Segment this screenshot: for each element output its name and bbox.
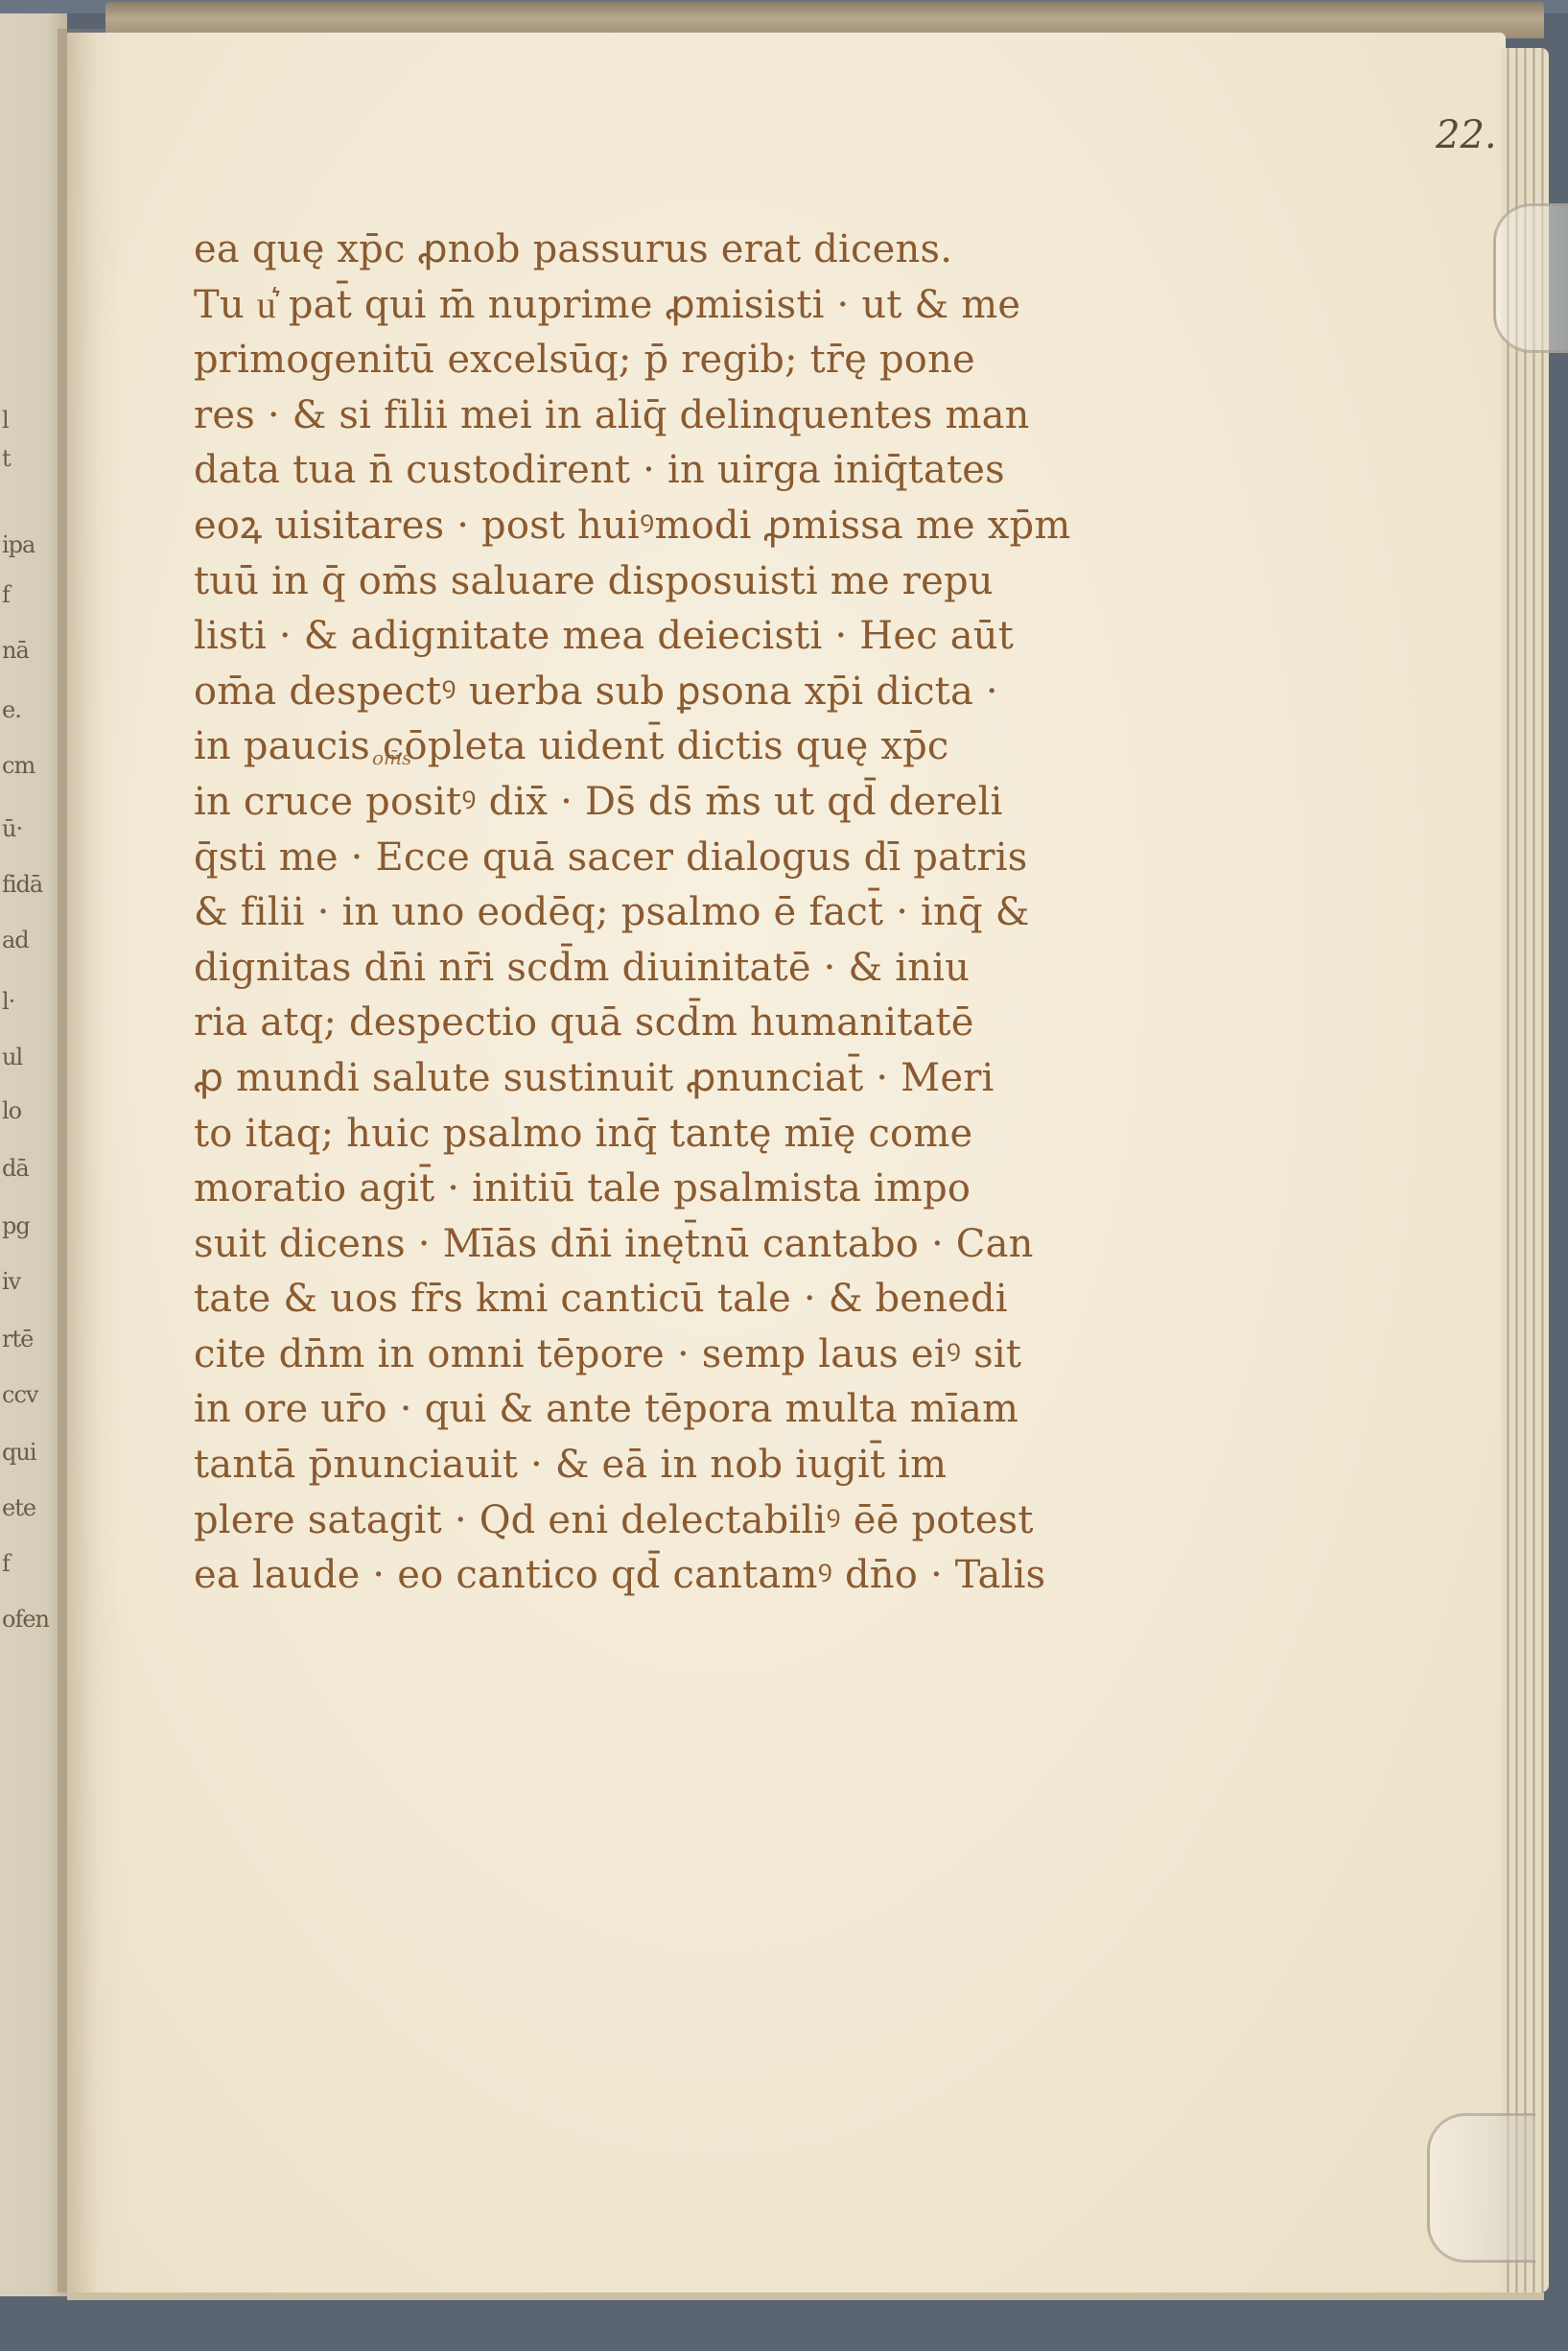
folio-number: 22. <box>1436 113 1497 157</box>
text-line: listi · & adignitate mea deiecisti · Hec… <box>194 609 1268 665</box>
text-line: in paucis cōpleta uident̄ dictis quę xp̄… <box>194 719 1268 775</box>
text-line: ria atq; despectio quā scd̄m humanitatē <box>194 996 1268 1051</box>
facing-text-fragment: nā <box>2 637 61 664</box>
facing-text-fragment: fidā <box>2 871 61 898</box>
text-line: tuū in q̄ om̄s saluare disposuisti me re… <box>194 554 1268 610</box>
text-line: data tua n̄ custodirent · in uirga iniq̄… <box>194 443 1268 499</box>
facing-text-fragment: pg <box>2 1212 61 1239</box>
facing-text-fragment: cm <box>2 752 61 779</box>
text-line: in cruce positꝰ dix̄ · Ds̄ ds̄ m̄s ut qd… <box>194 775 1268 831</box>
facing-text-fragment: l· <box>2 988 61 1015</box>
text-line: q̄sti me · Ecce quā sacer dialogus dī pa… <box>194 831 1268 886</box>
text-line: om̄a despectꝰ uerba sub ꝑsona xp̄i dicta… <box>194 665 1268 720</box>
page-fore-edge <box>1501 48 1549 2292</box>
facing-text-fragment: ad <box>2 927 61 953</box>
text-line: tate & uos fr̄s kmi canticū tale · & ben… <box>194 1272 1268 1328</box>
facing-text-fragment: t <box>2 445 61 472</box>
text-line: cite dn̄m in omni tēpore · semp laus eiꝰ… <box>194 1328 1268 1383</box>
text-line: ea laude · eo cantico qd̄ cantamꝰ dn̄o ·… <box>194 1548 1268 1604</box>
facing-text-fragment: lo <box>2 1097 61 1124</box>
text-line: in ore ur̄o · qui & ante tēpora multa mī… <box>194 1382 1268 1438</box>
gutter-shadow <box>58 29 125 2292</box>
facing-text-fragment: ū· <box>2 815 61 842</box>
text-line: & filii · in uno eodēq; psalmo ē fact̄ ·… <box>194 885 1268 941</box>
main-text-block: ea quę xp̄c ꝓnob passurus erat dicens. T… <box>194 223 1268 1604</box>
facing-text-fragment: rtē <box>2 1326 61 1352</box>
text-line: res · & si filii mei in aliq̄ delinquent… <box>194 388 1268 444</box>
text-line: plere satagit · Qd eni delectabiliꝰ ēē p… <box>194 1493 1268 1549</box>
facing-text-fragment: ipa <box>2 531 61 558</box>
text-line: eoꝝ uisitares · post huiꝰmodi ꝓmissa me … <box>194 499 1268 554</box>
text-line: moratio agit̄ · initiū tale psalmista im… <box>194 1162 1268 1217</box>
page-clip-top <box>1493 203 1568 353</box>
facing-text-fragment: f <box>2 581 61 608</box>
text-line: ea quę xp̄c ꝓnob passurus erat dicens. <box>194 223 1268 278</box>
facing-text-fragment: e. <box>2 696 61 723</box>
facing-text-fragment: ete <box>2 1494 61 1521</box>
facing-text-fragment: qui <box>2 1439 61 1466</box>
facing-text-fragment: ul <box>2 1044 61 1070</box>
page-bottom-edge <box>67 2292 1544 2300</box>
facing-text-fragment: iv <box>2 1268 61 1295</box>
text-line: tantā p̄nunciauit · & eā in nob iugit̄ i… <box>194 1438 1268 1493</box>
text-line: suit dicens · Mīās dn̄i inęt̄nū cantabo … <box>194 1217 1268 1273</box>
facing-text-fragment: ccv <box>2 1381 61 1408</box>
page-clip-bottom <box>1427 2113 1535 2263</box>
text-line: dignitas dn̄i nr̄i scd̄m diuinitatē · & … <box>194 941 1268 997</box>
facing-text-fragment: dā <box>2 1155 61 1182</box>
text-line: to itaq; huic psalmo inq̄ tantę mīę come <box>194 1107 1268 1163</box>
text-line: ꝓ mundi salute sustinuit ꝓnunciat̄ · Mer… <box>194 1051 1268 1107</box>
text-line: primogenitū excelsūq; p̄ regib; tr̄ę pon… <box>194 333 1268 388</box>
facing-text-fragment: ofen <box>2 1606 61 1633</box>
text-line: Tu u͛ pat̄ qui m̄ nuprime ꝓmisisti · ut … <box>194 278 1268 334</box>
facing-text-fragment: f <box>2 1550 61 1577</box>
facing-text-fragment: l <box>2 407 61 434</box>
